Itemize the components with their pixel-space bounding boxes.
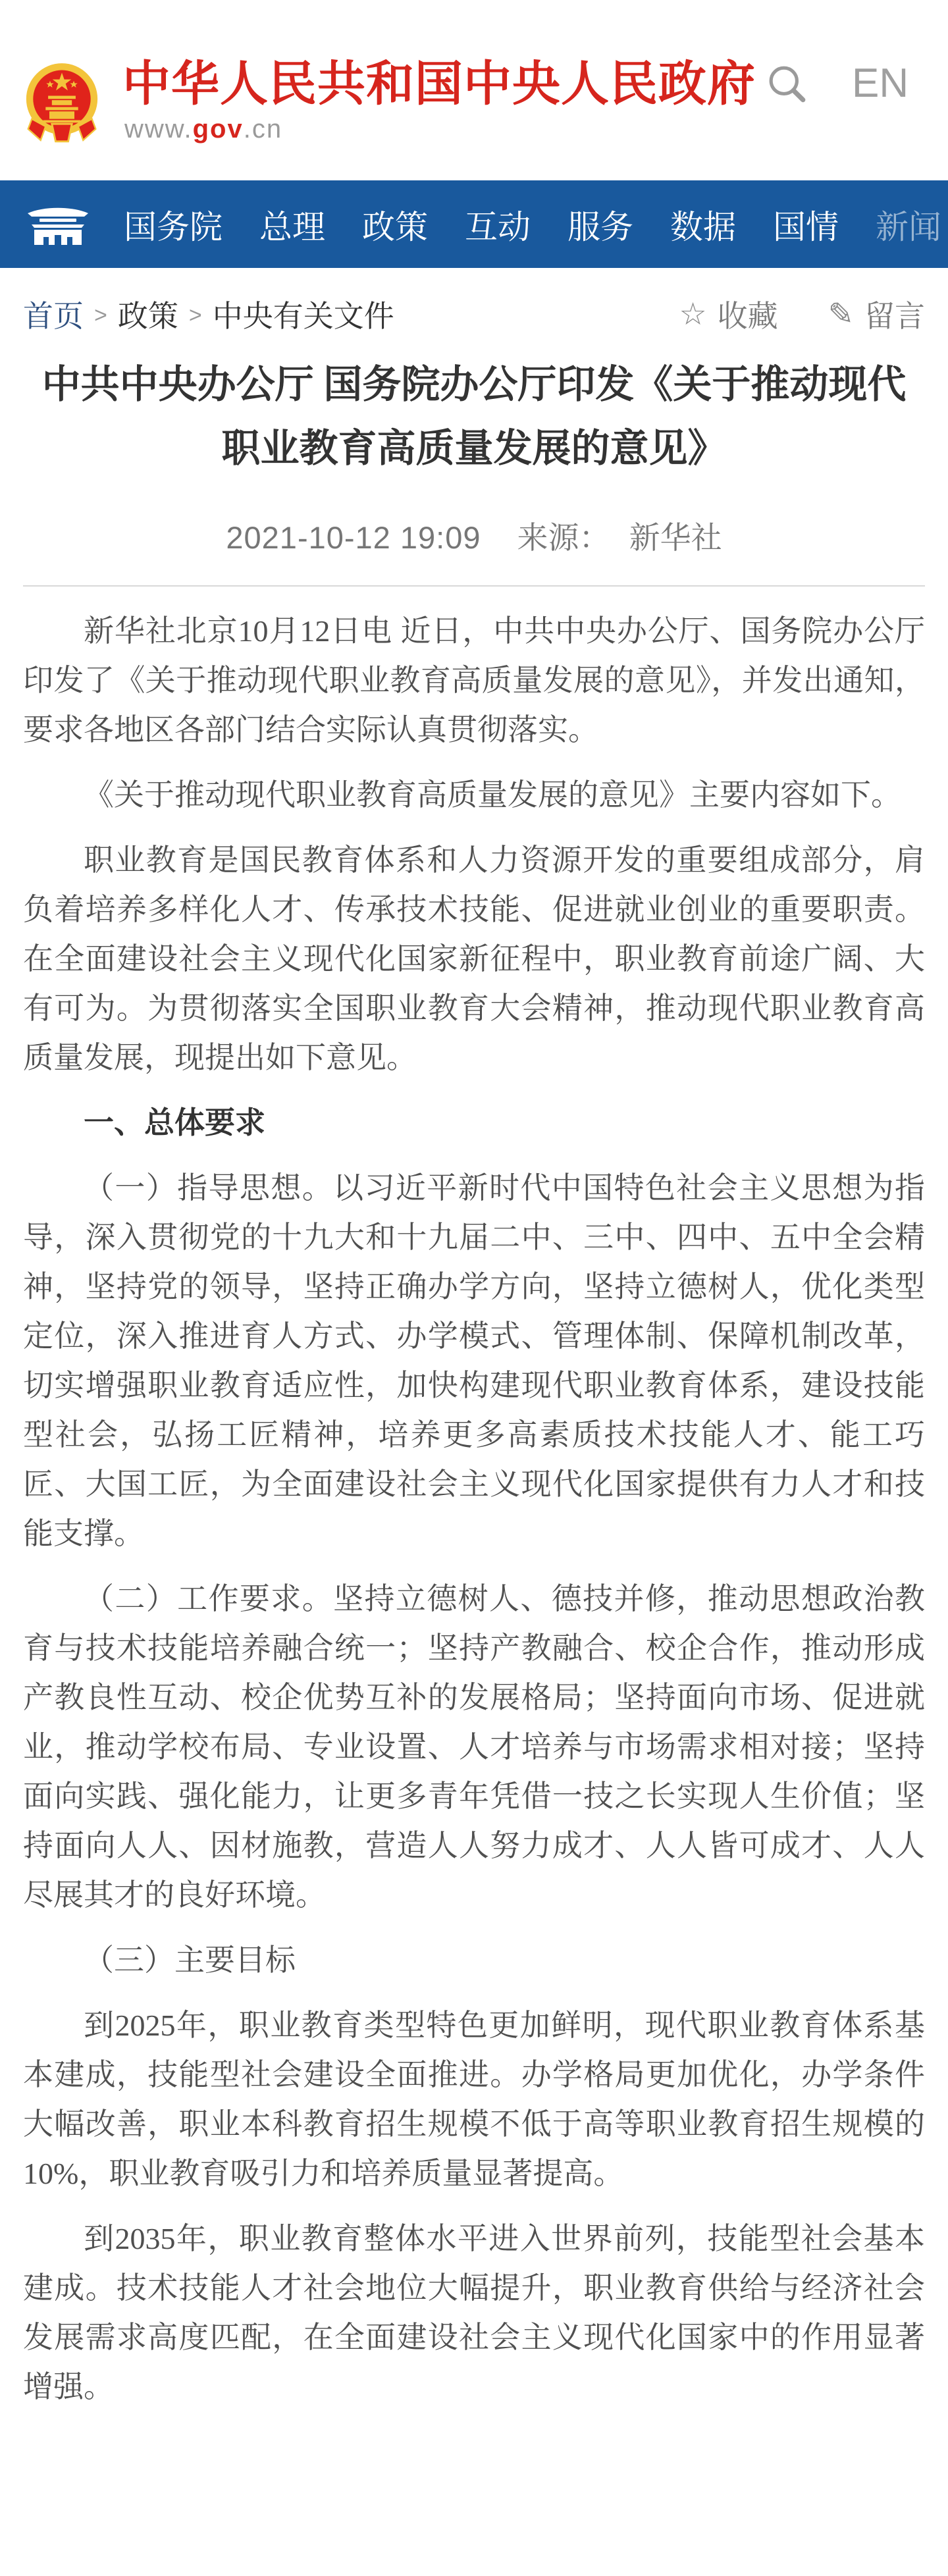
article-actions: ☆ 收藏 ✎ 留言 — [679, 292, 925, 336]
article-body: 新华社北京10月12日电 近日，中共中央办公厅、国务院办公厅印发了《关于推动现代… — [23, 606, 925, 2411]
site-url-gov: gov — [193, 115, 244, 144]
page: 中华人民共和国中央人民政府 www.gov.cn EN 国务院 总理 政策 互动… — [0, 0, 948, 2576]
breadcrumb: 首页 > 政策 > 中央有关文件 ☆ 收藏 ✎ 留言 — [23, 295, 925, 333]
nav-item-shuju[interactable]: 数据 — [670, 201, 736, 248]
article-title: 中共中央办公厅 国务院办公厅印发《关于推动现代职业教育高质量发展的意见》 — [26, 353, 922, 481]
nav-item-fuwu[interactable]: 服务 — [567, 201, 633, 248]
paragraph: （一）指导思想。以习近平新时代中国特色社会主义思想为指导，深入贯彻党的十九大和十… — [23, 1163, 925, 1558]
paragraph-main-goals: （三）主要目标 — [23, 1935, 925, 1985]
national-emblem-logo[interactable] — [24, 59, 99, 145]
favorite-label: 收藏 — [718, 292, 778, 336]
main-nav: 国务院 总理 政策 互动 服务 数据 国情 新闻 — [0, 180, 948, 268]
article-date: 2021-10-12 19:09 — [226, 520, 481, 555]
breadcrumb-home[interactable]: 首页 — [23, 292, 84, 336]
source-label: 来源： — [517, 520, 610, 555]
breadcrumb-zhengce[interactable]: 政策 — [118, 292, 178, 336]
tiananmen-icon[interactable] — [25, 204, 91, 245]
comment-button[interactable]: ✎ 留言 — [828, 292, 925, 336]
search-icon[interactable] — [768, 65, 808, 105]
nav-item-hudong[interactable]: 互动 — [465, 201, 531, 248]
nav-item-guoqing[interactable]: 国情 — [773, 201, 839, 248]
site-title: 中华人民共和国中央人民政府 — [122, 57, 756, 112]
paragraph: 《关于推动现代职业教育高质量发展的意见》主要内容如下。 — [23, 770, 925, 820]
paragraph: 新华社北京10月12日电 近日，中共中央办公厅、国务院办公厅印发了《关于推动现代… — [23, 606, 925, 754]
divider — [23, 585, 925, 587]
section-heading-overall-requirements: 一、总体要求 — [23, 1098, 925, 1147]
paragraph: 职业教育是国民教育体系和人力资源开发的重要组成部分，肩负着培养多样化人才、传承技… — [23, 835, 925, 1082]
comment-label: 留言 — [864, 292, 925, 336]
paragraph: 到2025年，职业教育类型特色更加鲜明，现代职业教育体系基本建成，技能型社会建设… — [23, 2001, 925, 2198]
nav-item-zhengce[interactable]: 政策 — [362, 201, 428, 248]
breadcrumb-separator: > — [189, 303, 202, 329]
star-icon: ☆ — [679, 296, 706, 332]
breadcrumb-current: 中央有关文件 — [213, 292, 394, 336]
favorite-button[interactable]: ☆ 收藏 — [679, 292, 777, 336]
paragraph: 到2035年，职业教育整体水平进入世界前列，技能型社会基本建成。技术技能人才社会… — [23, 2214, 925, 2411]
nav-item-guowuyuan[interactable]: 国务院 — [124, 201, 223, 248]
article-meta: 2021-10-12 19:09 来源： 新华社 — [0, 513, 948, 558]
paragraph: （二）工作要求。坚持立德树人、德技并修，推动思想政治教育与技术技能培养融合统一；… — [23, 1574, 925, 1920]
site-header: 中华人民共和国中央人民政府 www.gov.cn EN — [0, 0, 948, 180]
site-url: www.gov.cn — [124, 115, 282, 144]
nav-item-xinwen[interactable]: 新闻 — [876, 201, 941, 248]
lang-toggle-en[interactable]: EN — [852, 61, 908, 107]
nav-item-zongli[interactable]: 总理 — [259, 201, 325, 248]
pencil-icon: ✎ — [828, 296, 854, 332]
breadcrumb-separator: > — [94, 303, 107, 329]
site-url-cn: .cn — [244, 115, 282, 144]
source-name: 新华社 — [629, 520, 722, 555]
site-url-www: www. — [124, 115, 193, 144]
